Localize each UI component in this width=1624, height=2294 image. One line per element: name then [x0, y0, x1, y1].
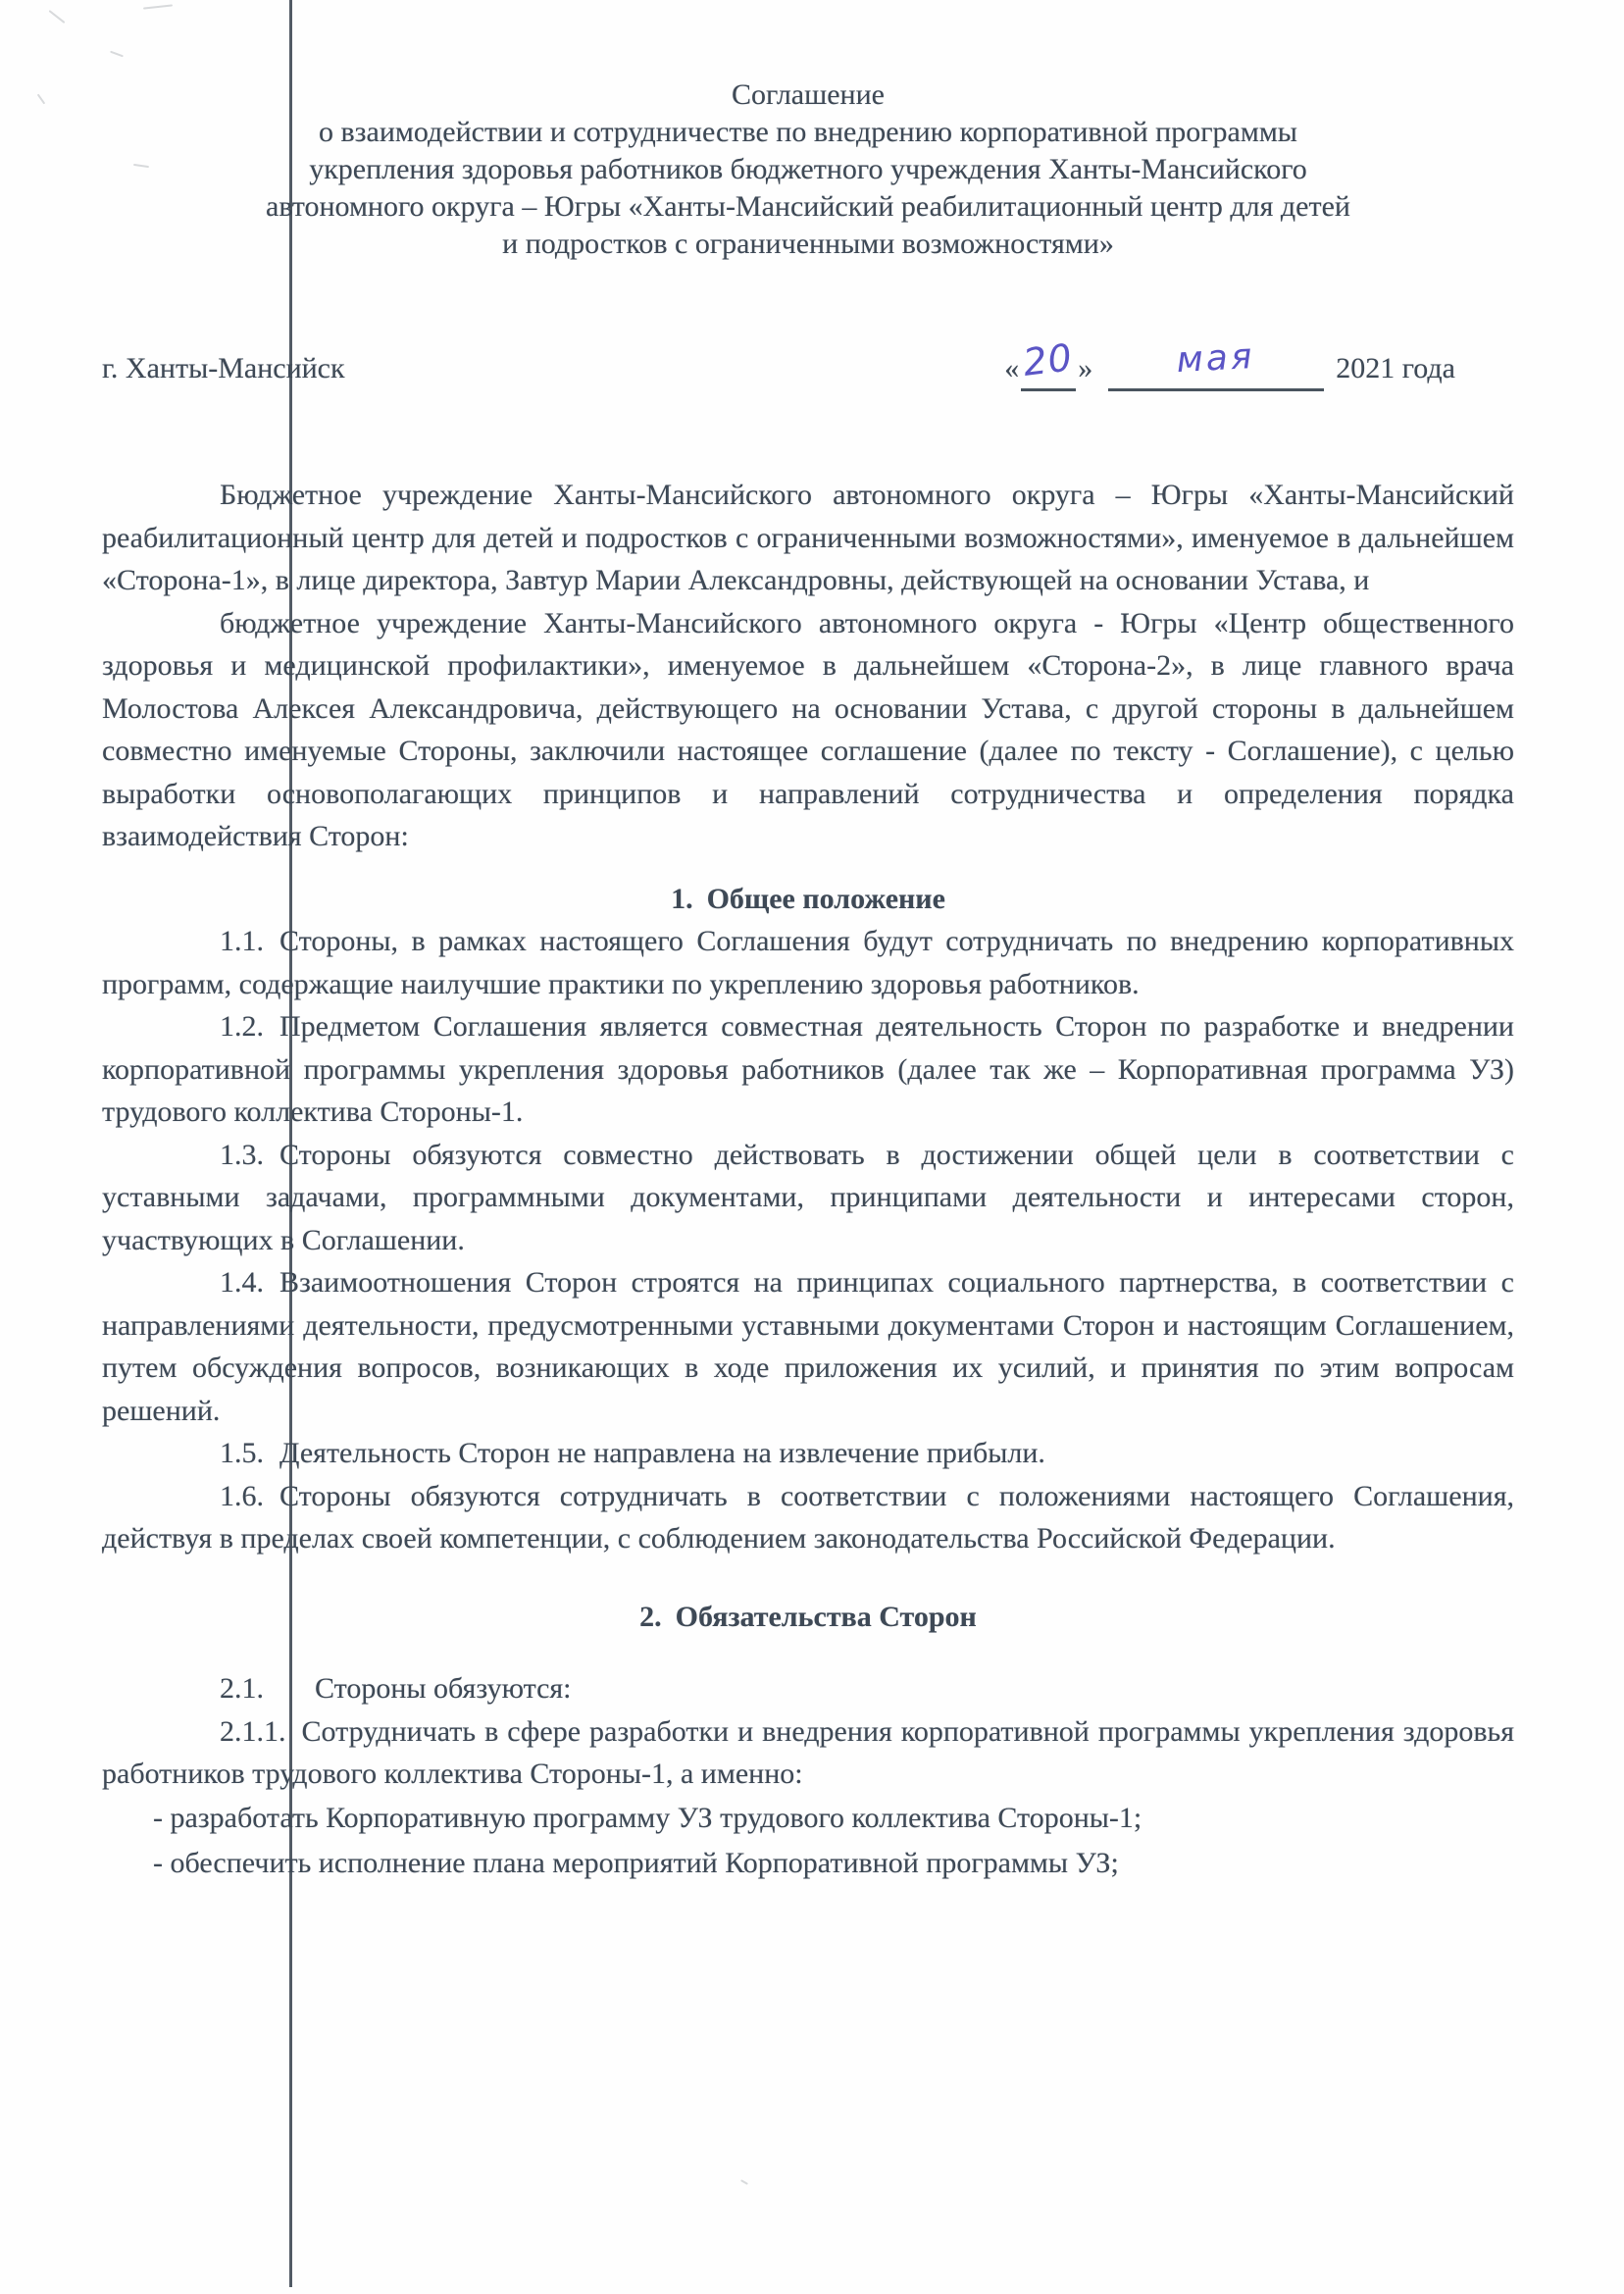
clause-1-3: 1.3.Стороны обязуются совместно действов…: [102, 1134, 1514, 1262]
clause-2-1: 2.1.Стороны обязуются:: [102, 1667, 1514, 1710]
clause-number: 2.1.: [220, 1672, 264, 1705]
title-line: о взаимодействии и сотрудничестве по вне…: [102, 114, 1514, 151]
pencil-mark: [49, 10, 66, 24]
section-2-number: 2.: [639, 1601, 662, 1633]
bullet-item-1: - разработать Корпоративную программу УЗ…: [102, 1796, 1514, 1841]
pencil-mark: [37, 94, 46, 105]
section-1-number: 1.: [671, 883, 693, 915]
pencil-mark: [110, 51, 124, 58]
intro-paragraph-2: бюджетное учреждение Ханты-Мансийского а…: [102, 602, 1514, 858]
section-1-heading: 1.Общее положение: [102, 878, 1514, 921]
clause-text: Стороны обязуются:: [315, 1672, 572, 1705]
title-line: и подростков с ограниченными возможностя…: [102, 226, 1514, 263]
document-page: Соглашение о взаимодействии и сотрудниче…: [0, 0, 1624, 2294]
clause-text: Стороны, в рамках настоящего Соглашения …: [102, 925, 1514, 1000]
clause-number: 1.4.: [220, 1266, 264, 1299]
handwritten-month-value: мая: [1176, 342, 1255, 376]
clause-number: 1.5.: [220, 1437, 264, 1469]
date-group: «20»мая2021 года: [1004, 349, 1455, 391]
clause-number: 1.3.: [220, 1139, 264, 1171]
clause-text: Стороны обязуются сотрудничать в соответ…: [102, 1480, 1514, 1555]
clause-number: 1.2.: [220, 1010, 264, 1043]
document-title: Соглашение о взаимодействии и сотрудниче…: [102, 76, 1514, 263]
city-label: г. Ханты-Мансийск: [102, 349, 345, 388]
month-blank-line: мая: [1108, 349, 1324, 391]
title-line: укрепления здоровья работников бюджетног…: [102, 151, 1514, 188]
title-line: Соглашение: [102, 76, 1514, 114]
pencil-mark: [143, 4, 173, 9]
year-label: 2021 года: [1336, 352, 1455, 384]
clause-1-1: 1.1.Стороны, в рамках настоящего Соглаше…: [102, 920, 1514, 1005]
pencil-mark: [740, 2179, 748, 2185]
handwritten-day-value: 20: [1022, 342, 1075, 378]
clause-2-1-1: 2.1.1.Сотрудничать в сфере разработки и …: [102, 1710, 1514, 1796]
section-1-title: Общее положение: [707, 883, 945, 915]
clause-text: Деятельность Сторон не направлена на изв…: [279, 1437, 1045, 1469]
clause-text: Стороны обязуются совместно действовать …: [102, 1139, 1514, 1256]
clause-text: Предметом Соглашения является совместная…: [102, 1010, 1514, 1128]
clause-1-4: 1.4.Взаимоотношения Сторон строятся на п…: [102, 1261, 1514, 1432]
dateline: г. Ханты-Мансийск «20»мая2021 года: [102, 349, 1514, 391]
open-quote: «: [1004, 352, 1019, 384]
section-2-heading: 2.Обязательства Сторон: [102, 1596, 1514, 1639]
document-content: Соглашение о взаимодействии и сотрудниче…: [102, 76, 1514, 1886]
day-blank-line: 20: [1021, 349, 1076, 391]
section-2-title: Обязательства Сторон: [676, 1601, 977, 1633]
clause-text: Сотрудничать в сфере разработки и внедре…: [102, 1715, 1514, 1791]
close-quote: »: [1078, 352, 1092, 384]
clause-1-2: 1.2.Предметом Соглашения является совмес…: [102, 1005, 1514, 1134]
clause-number: 2.1.1.: [220, 1715, 286, 1748]
clause-text: Взаимоотношения Сторон строятся на принц…: [102, 1266, 1514, 1427]
clause-1-5: 1.5.Деятельность Сторон не направлена на…: [102, 1432, 1514, 1475]
clause-number: 1.6.: [220, 1480, 264, 1512]
clause-number: 1.1.: [220, 925, 264, 957]
intro-paragraph-1: Бюджетное учреждение Ханты-Мансийского а…: [102, 474, 1514, 602]
title-line: автономного округа – Югры «Ханты-Мансийс…: [102, 188, 1514, 226]
clause-1-6: 1.6.Стороны обязуются сотрудничать в соо…: [102, 1475, 1514, 1560]
bullet-item-2: - обеспечить исполнение плана мероприяти…: [102, 1841, 1514, 1886]
